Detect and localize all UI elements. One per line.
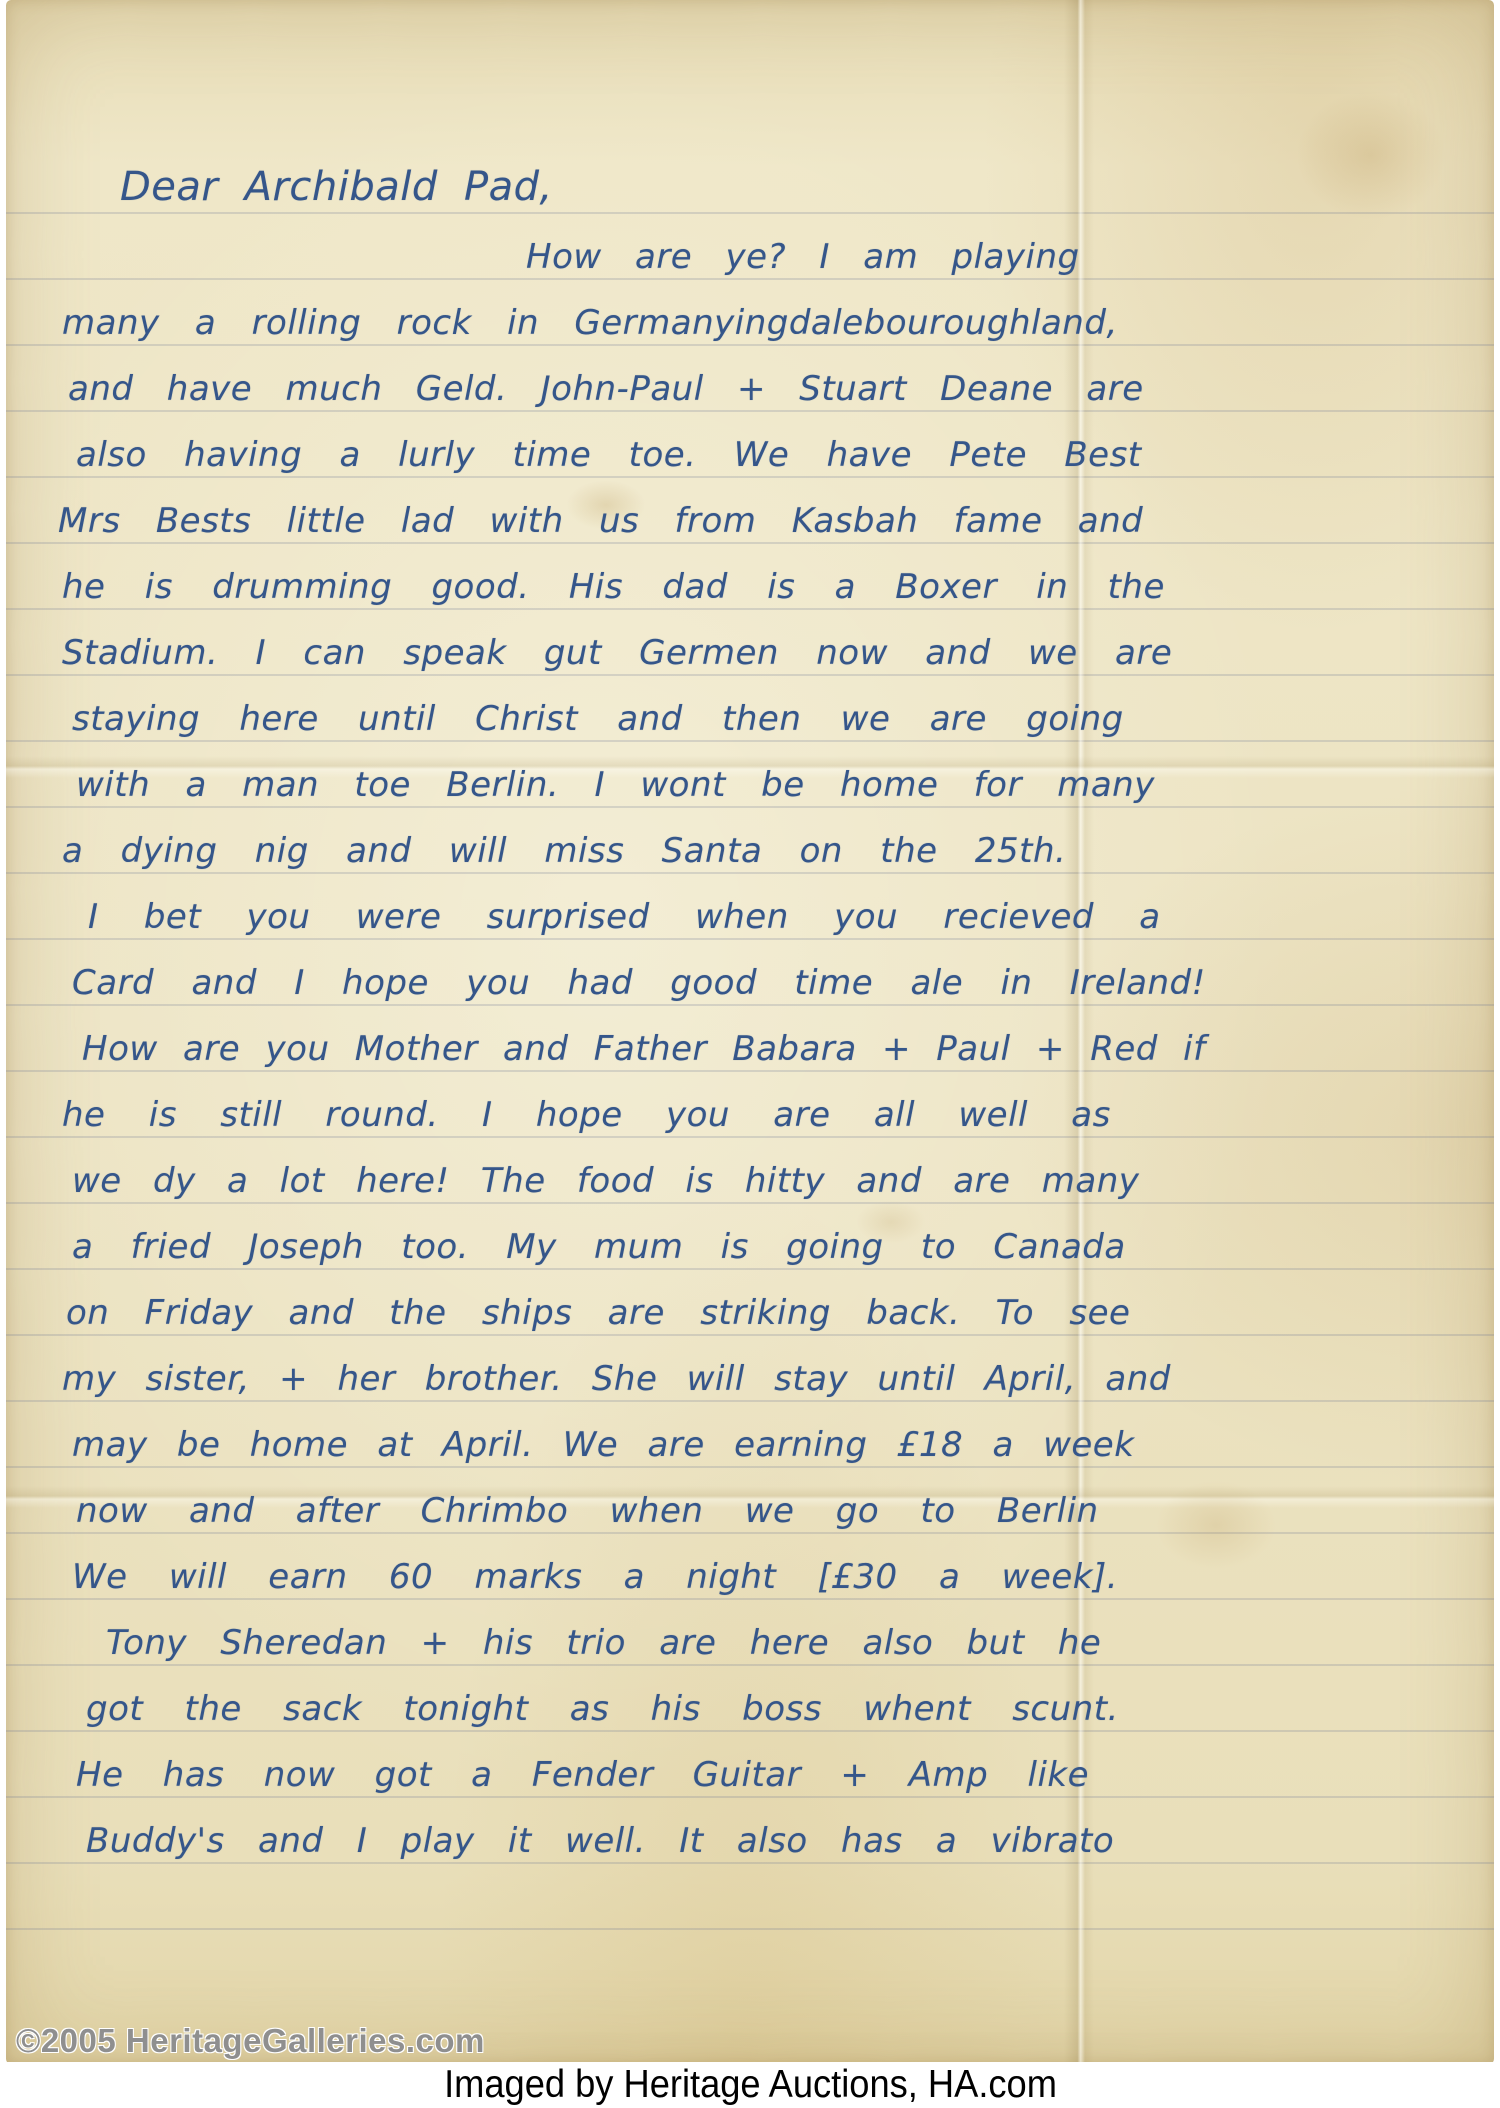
letter-line: I bet you were surprised when you reciev… [48, 872, 1468, 938]
letter-line: Buddy's and I play it well. It also has … [48, 1796, 1468, 1862]
letter-line: Card and I hope you had good time ale in… [48, 938, 1468, 1004]
letter-line: also having a lurly time toe. We have Pe… [48, 410, 1468, 476]
letter-body: Dear Archibald Pad,How are ye? I am play… [48, 146, 1468, 1862]
letter-line: How are ye? I am playing [48, 212, 1468, 278]
letter-line: he is drumming good. His dad is a Boxer … [48, 542, 1468, 608]
auction-caption-strip: Imaged by Heritage Auctions, HA.com [0, 2062, 1500, 2108]
letter-line: many a rolling rock in Germanyingdalebou… [48, 278, 1468, 344]
letter-line: he is still round. I hope you are all we… [48, 1070, 1468, 1136]
letter-line: with a man toe Berlin. I wont be home fo… [48, 740, 1468, 806]
letter-line: may be home at April. We are earning £18… [48, 1400, 1468, 1466]
letter-line: my sister, + her brother. She will stay … [48, 1334, 1468, 1400]
letter-line: Stadium. I can speak gut Germen now and … [48, 608, 1468, 674]
letter-line: we dy a lot here! The food is hitty and … [48, 1136, 1468, 1202]
letter-line: Tony Sheredan + his trio are here also b… [48, 1598, 1468, 1664]
letter-line: a fried Joseph too. My mum is going to C… [48, 1202, 1468, 1268]
letter-line: staying here until Christ and then we ar… [48, 674, 1468, 740]
watermark-text: ©2005 HeritageGalleries.com [16, 2022, 485, 2060]
letter-line: Mrs Bests little lad with us from Kasbah… [48, 476, 1468, 542]
letter-line: now and after Chrimbo when we go to Berl… [48, 1466, 1468, 1532]
letter-line: got the sack tonight as his boss whent s… [48, 1664, 1468, 1730]
letter-line: on Friday and the ships are striking bac… [48, 1268, 1468, 1334]
letter-paper-scan: Dear Archibald Pad,How are ye? I am play… [6, 0, 1494, 2064]
letter-line: a dying nig and will miss Santa on the 2… [48, 806, 1468, 872]
letter-line: How are you Mother and Father Babara + P… [48, 1004, 1468, 1070]
letter-line: We will earn 60 marks a night [£30 a wee… [48, 1532, 1468, 1598]
letter-line: He has now got a Fender Guitar + Amp lik… [48, 1730, 1468, 1796]
letter-line: Dear Archibald Pad, [48, 146, 1468, 212]
auction-caption-text: Imaged by Heritage Auctions, HA.com [444, 2063, 1057, 2107]
letter-line: and have much Geld. John-Paul + Stuart D… [48, 344, 1468, 410]
